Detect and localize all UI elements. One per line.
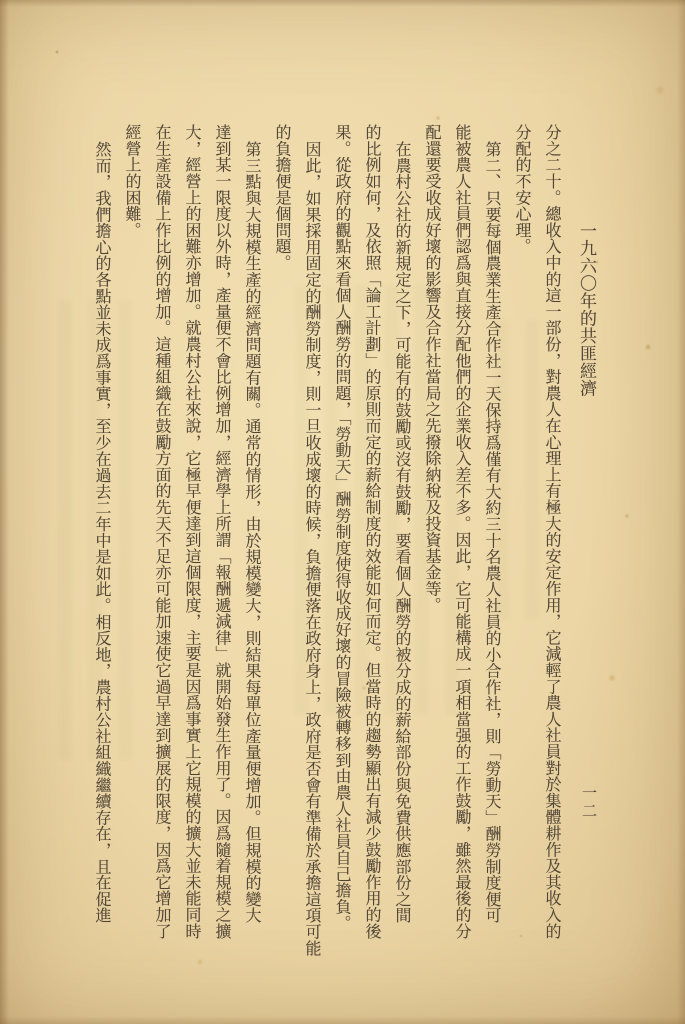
text-column: 果。從政府的觀點來看個人酬勞的問題，「勞動天」酬勞制度使得收成好壞的冒險被轉移到…: [326, 124, 356, 958]
text-column: 配還要受收成好壞的影響及合作社當局之先撥除納稅及投資基金等。: [416, 124, 446, 958]
text-column: 分配的不安心理。: [506, 124, 536, 958]
text-column: 的負擔便是個問題。: [266, 124, 296, 958]
text-column: 經營上的困難。: [116, 124, 146, 958]
text-column: 能被農人社員們認爲與直接分配他們的企業收入差不多。因此，它可能構成一項相當强的工…: [446, 124, 476, 958]
text-column: 因此，如果採用固定的酬勞制度，則一旦收成壞的時候，負擔便落在政府身上，政府是否會…: [296, 124, 326, 958]
page-number: 一二: [579, 785, 597, 821]
text-column: 分之二十。總收入中的這一部份，對農人在心理上有極大的安定作用，它減輕了農人社員對…: [536, 124, 566, 958]
text-column: 大，經營上的困難亦增加。就農村公社來說，它極早便達到這個限度，主要是因爲事實上它…: [176, 124, 206, 958]
text-column: 在生產設備上作比例的增加。這種組織在鼓勵方面的先天不足亦可能加速使它過早達到擴展…: [146, 124, 176, 958]
text-column: 第三點與大規模生產的經濟問題有關。通常的情形，由於規模變大，則結果每單位產量便增…: [236, 124, 266, 958]
text-column: 達到某一限度以外時，產量便不會比例增加，經濟學上所謂「報酬遞減律」就開始發生作用…: [206, 124, 236, 958]
text-column: 然而，我們擔心的各點並未成爲事實，至少在過去二年中是如此。相反地，農村公社組織繼…: [86, 124, 116, 958]
text-column: 在農村公社的新規定之下，可能有的鼓勵或沒有鼓勵，要看個人酬勞的被分成的薪給部份與…: [386, 124, 416, 958]
document-page: 一九六〇年的共匪經濟 分之二十。總收入中的這一部份，對農人在心理上有極大的安定作…: [0, 0, 685, 1024]
text-column: 第二、只要每個農業生產合作社一天保持爲僅有大約三十名農人社員的小合作社，則「勞動…: [476, 124, 506, 958]
body-text: 分之二十。總收入中的這一部份，對農人在心理上有極大的安定作用，它減輕了農人社員對…: [90, 124, 566, 958]
running-header: 一九六〇年的共匪經濟: [576, 222, 597, 397]
text-column: 的比例如何，及依照「論工計劃」的原則而定的薪給制度的效能如何而定。但當時的趨勢顯…: [356, 124, 386, 958]
